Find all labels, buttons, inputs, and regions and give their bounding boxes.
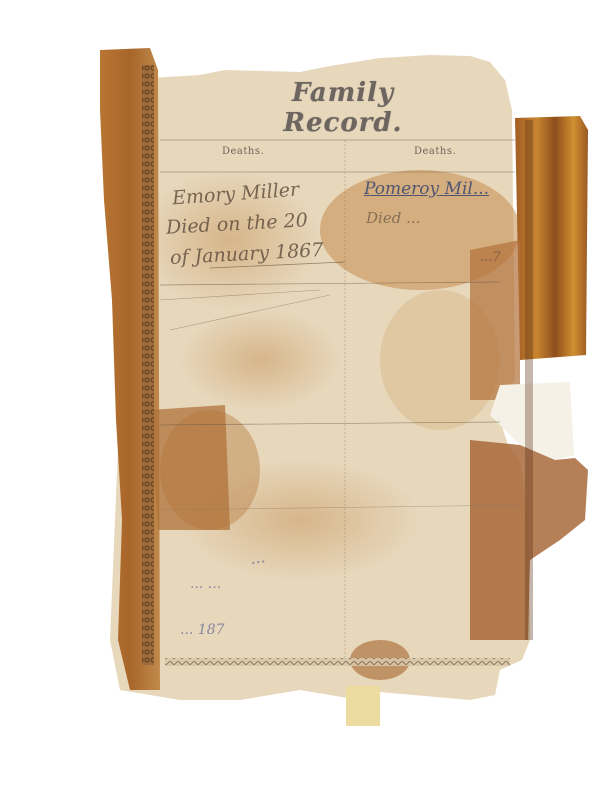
document-title: Family Record. [228,78,458,138]
faded-note-line3: ... 187 [180,622,225,638]
faded-note-line1: ... [249,547,267,568]
death-entry-right-name: Pomeroy Mil... [364,179,489,199]
death-entry-right-line3: ...7 [480,250,501,265]
death-entry-right-line2: Died ... [366,209,420,227]
column-header-deaths-right: Deaths. [414,146,456,157]
column-header-deaths-left: Deaths. [222,146,264,157]
faded-note-line2: ... ... [190,576,221,592]
